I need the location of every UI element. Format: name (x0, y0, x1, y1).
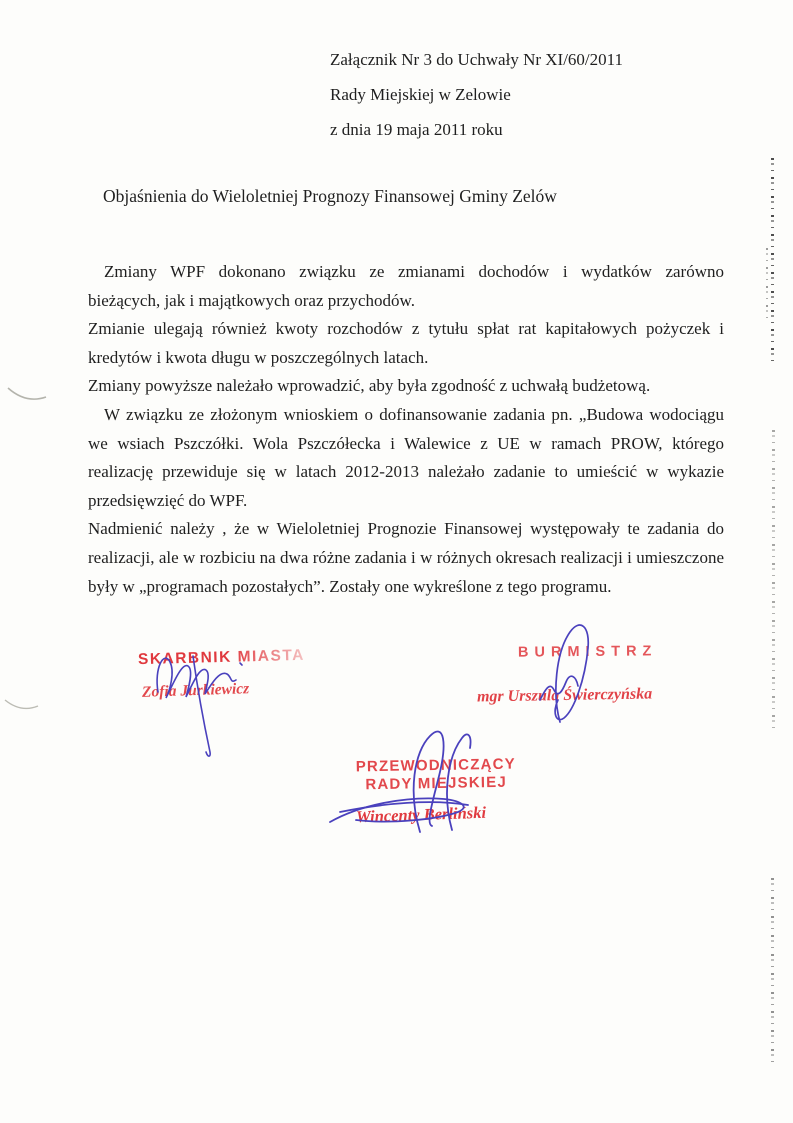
body-line: były w „programach pozostałych”. Zostały… (88, 573, 724, 602)
left-edge-mark-bottom (5, 700, 38, 708)
scan-noise-strip (771, 158, 774, 363)
mayor-signature-ink (540, 625, 588, 722)
body-text: Zmiany WPF dokonano związku ze zmianami … (88, 258, 724, 601)
body-line: realizację przewiduje się w latach 2012-… (88, 458, 724, 487)
body-line: przedsięwzięć do WPF. (88, 487, 724, 516)
chairman-stamp-title: PRZEWODNICZĄCY RADY MIEJSKIEJ (330, 755, 543, 795)
attachment-header: Załącznik Nr 3 do Uchwały Nr XI/60/2011 … (330, 42, 710, 147)
attachment-number-line: Załącznik Nr 3 do Uchwały Nr XI/60/2011 (330, 42, 710, 77)
body-line: W związku ze złożonym wnioskiem o dofina… (88, 401, 724, 430)
body-line: Zmiany powyższe należało wprowadzić, aby… (88, 372, 724, 401)
council-name-line: Rady Miejskiej w Zelowie (330, 77, 710, 112)
mayor-stamp-name: mgr Urszula Świerczyńska (477, 685, 652, 706)
chairman-stamp-title-line1: PRZEWODNICZĄCY (330, 755, 542, 777)
left-edge-mark-top (8, 388, 46, 399)
date-line: z dnia 19 maja 2011 roku (330, 112, 710, 147)
document-title: Objaśnienia do Wieloletniej Prognozy Fin… (103, 186, 703, 207)
body-line: Zmiany WPF dokonano związku ze zmianami … (88, 258, 724, 287)
chairman-stamp-title-line2: RADY MIEJSKIEJ (330, 773, 542, 795)
scan-noise-strip (771, 878, 774, 1063)
body-line: we wsiach Pszczółki. Wola Pszczółecka i … (88, 430, 724, 459)
body-line: Nadmienić należy , że w Wieloletniej Pro… (88, 515, 724, 544)
treasurer-stamp-name: Zofia Jurkiewicz (142, 680, 250, 702)
body-line: kredytów i kwota długu w poszczególnych … (88, 344, 724, 373)
body-line: bieżących, jak i majątkowych oraz przych… (88, 287, 724, 316)
treasurer-stamp-title: SKARBNIK MIASTA (138, 647, 305, 669)
treasurer-signature-ink (157, 656, 242, 756)
scan-noise-strip (772, 430, 775, 730)
body-line: Zmianie ulegają również kwoty rozchodów … (88, 315, 724, 344)
chairman-stamp-name: Wincenty Berliński (356, 803, 487, 828)
mayor-stamp-title: BURMISTRZ (518, 643, 658, 660)
body-line: realizacji, ale w rozbiciu na dwa różne … (88, 544, 724, 573)
scan-noise-strip (766, 248, 768, 318)
scanned-document-page: Załącznik Nr 3 do Uchwały Nr XI/60/2011 … (0, 0, 793, 1123)
